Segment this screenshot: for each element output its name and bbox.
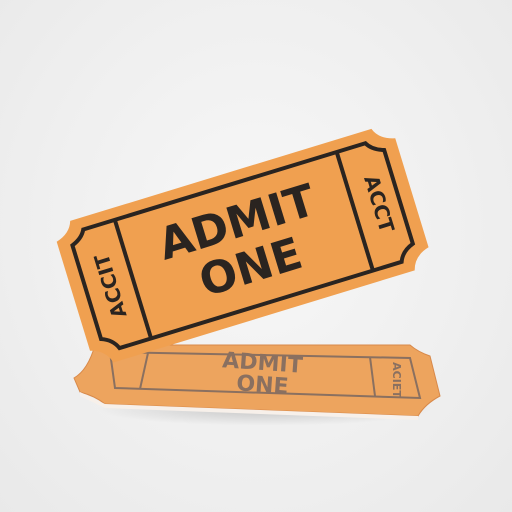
- back-ticket-one: ONE: [236, 371, 290, 400]
- back-ticket-right-stub: ACIET: [390, 362, 403, 398]
- tickets-illustration: ADMIT ONE ACIET ADMIT ONE ACCIT ACCT: [0, 0, 512, 512]
- front-ticket: ADMIT ONE ACCIT ACCT: [52, 123, 434, 368]
